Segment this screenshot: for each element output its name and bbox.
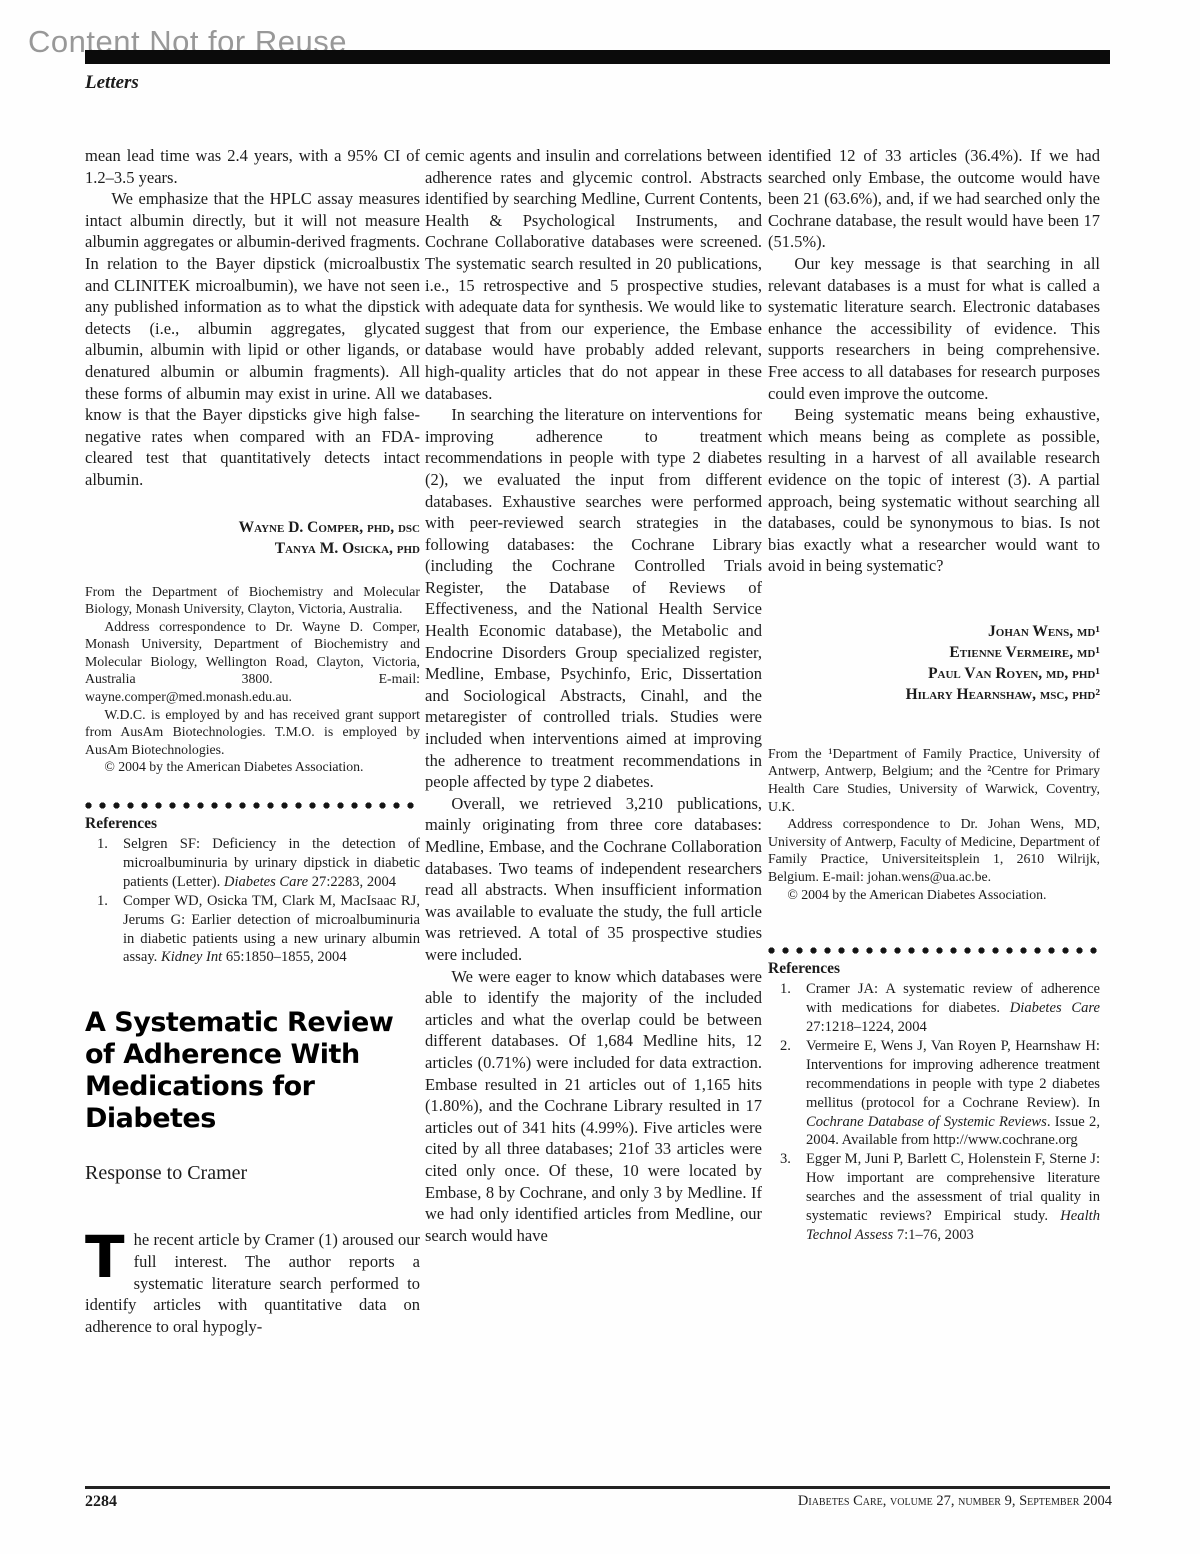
author-signature: Wayne D. Comper, phd, dsc xyxy=(85,517,420,538)
paragraph: mean lead time was 2.4 years, with a 95%… xyxy=(85,145,420,188)
paragraph: cemic agents and insulin and correlation… xyxy=(425,145,762,404)
copyright-note: © 2004 by the American Diabetes Associat… xyxy=(85,758,420,776)
reference-number: 3. xyxy=(780,1150,806,1245)
reference-number: 2. xyxy=(780,1037,806,1150)
article-intro-paragraph: The recent article by Cramer (1) aroused… xyxy=(85,1229,420,1337)
reference-item: 3. Egger M, Juni P, Barlett C, Holenstei… xyxy=(768,1150,1100,1245)
drop-cap: T xyxy=(85,1229,134,1280)
column-1: mean lead time was 2.4 years, with a 95%… xyxy=(85,145,420,1337)
affiliation-notes: From the Department of Biochemistry and … xyxy=(85,583,420,777)
footer-rule xyxy=(85,1486,1110,1489)
reference-item: 1. Comper WD, Osicka TM, Clark M, MacIsa… xyxy=(85,892,420,968)
section-header: Letters xyxy=(85,72,139,94)
page-number: 2284 xyxy=(85,1493,117,1511)
copyright-note: © 2004 by the American Diabetes Associat… xyxy=(768,886,1100,904)
reference-text: Cramer JA: A systematic review of adhere… xyxy=(806,980,1100,1037)
reference-item: 1. Selgren SF: Deficiency in the detecti… xyxy=(85,835,420,892)
reference-text: Selgren SF: Deficiency in the detection … xyxy=(123,835,420,892)
dotted-divider xyxy=(85,802,420,809)
paragraph: identified 12 of 33 articles (36.4%). If… xyxy=(768,145,1100,253)
affiliation-note: From the ¹Department of Family Practice,… xyxy=(768,745,1100,815)
affiliation-note: From the Department of Biochemistry and … xyxy=(85,583,420,618)
journal-page: Content Not for Reuse Letters mean lead … xyxy=(0,0,1200,1554)
paragraph: In searching the literature on intervent… xyxy=(425,404,762,793)
reference-number: 1. xyxy=(97,835,123,892)
author-signature: Paul Van Royen, md, phd¹ xyxy=(768,663,1100,684)
intro-text: he recent article by Cramer (1) aroused … xyxy=(85,1230,420,1335)
author-signatures: Johan Wens, md¹ Etienne Vermeire, md¹ Pa… xyxy=(768,621,1100,705)
author-signature: Hilary Hearnshaw, msc, phd² xyxy=(768,684,1100,705)
paragraph: Our key message is that searching in all… xyxy=(768,253,1100,404)
paragraph: Overall, we retrieved 3,210 publications… xyxy=(425,793,762,966)
affiliation-notes: From the ¹Department of Family Practice,… xyxy=(768,745,1100,903)
column-3: identified 12 of 33 articles (36.4%). If… xyxy=(768,145,1100,1245)
journal-footer: Diabetes Care, volume 27, number 9, Sept… xyxy=(798,1493,1112,1510)
reference-number: 1. xyxy=(97,892,123,968)
author-signature: Etienne Vermeire, md¹ xyxy=(768,642,1100,663)
reference-text: Egger M, Juni P, Barlett C, Holenstein F… xyxy=(806,1150,1100,1245)
disclosure-note: W.D.C. is employed by and has received g… xyxy=(85,706,420,759)
reference-text: Vermeire E, Wens J, Van Royen P, Hearnsh… xyxy=(806,1037,1100,1150)
author-signatures: Wayne D. Comper, phd, dsc Tanya M. Osick… xyxy=(85,517,420,559)
reference-number: 1. xyxy=(780,980,806,1037)
author-signature: Johan Wens, md¹ xyxy=(768,621,1100,642)
reference-text: Comper WD, Osicka TM, Clark M, MacIsaac … xyxy=(123,892,420,968)
correspondence-note: Address correspondence to Dr. Johan Wens… xyxy=(768,815,1100,885)
correspondence-note: Address correspondence to Dr. Wayne D. C… xyxy=(85,618,420,706)
author-signature: Tanya M. Osicka, phd xyxy=(85,538,420,559)
column-2: cemic agents and insulin and correlation… xyxy=(425,145,762,1246)
header-black-bar xyxy=(85,50,1110,64)
dotted-divider xyxy=(768,947,1100,954)
paragraph: Being systematic means being exhaustive,… xyxy=(768,404,1100,577)
reference-item: 2. Vermeire E, Wens J, Van Royen P, Hear… xyxy=(768,1037,1100,1150)
article-subtitle: Response to Cramer xyxy=(85,1161,420,1185)
article-title: A Systematic Review of Adherence With Me… xyxy=(85,1007,420,1135)
references-heading: References xyxy=(768,960,1100,978)
paragraph: We were eager to know which databases we… xyxy=(425,966,762,1247)
paragraph: We emphasize that the HPLC assay measure… xyxy=(85,188,420,490)
references-heading: References xyxy=(85,815,420,833)
reference-item: 1. Cramer JA: A systematic review of adh… xyxy=(768,980,1100,1037)
